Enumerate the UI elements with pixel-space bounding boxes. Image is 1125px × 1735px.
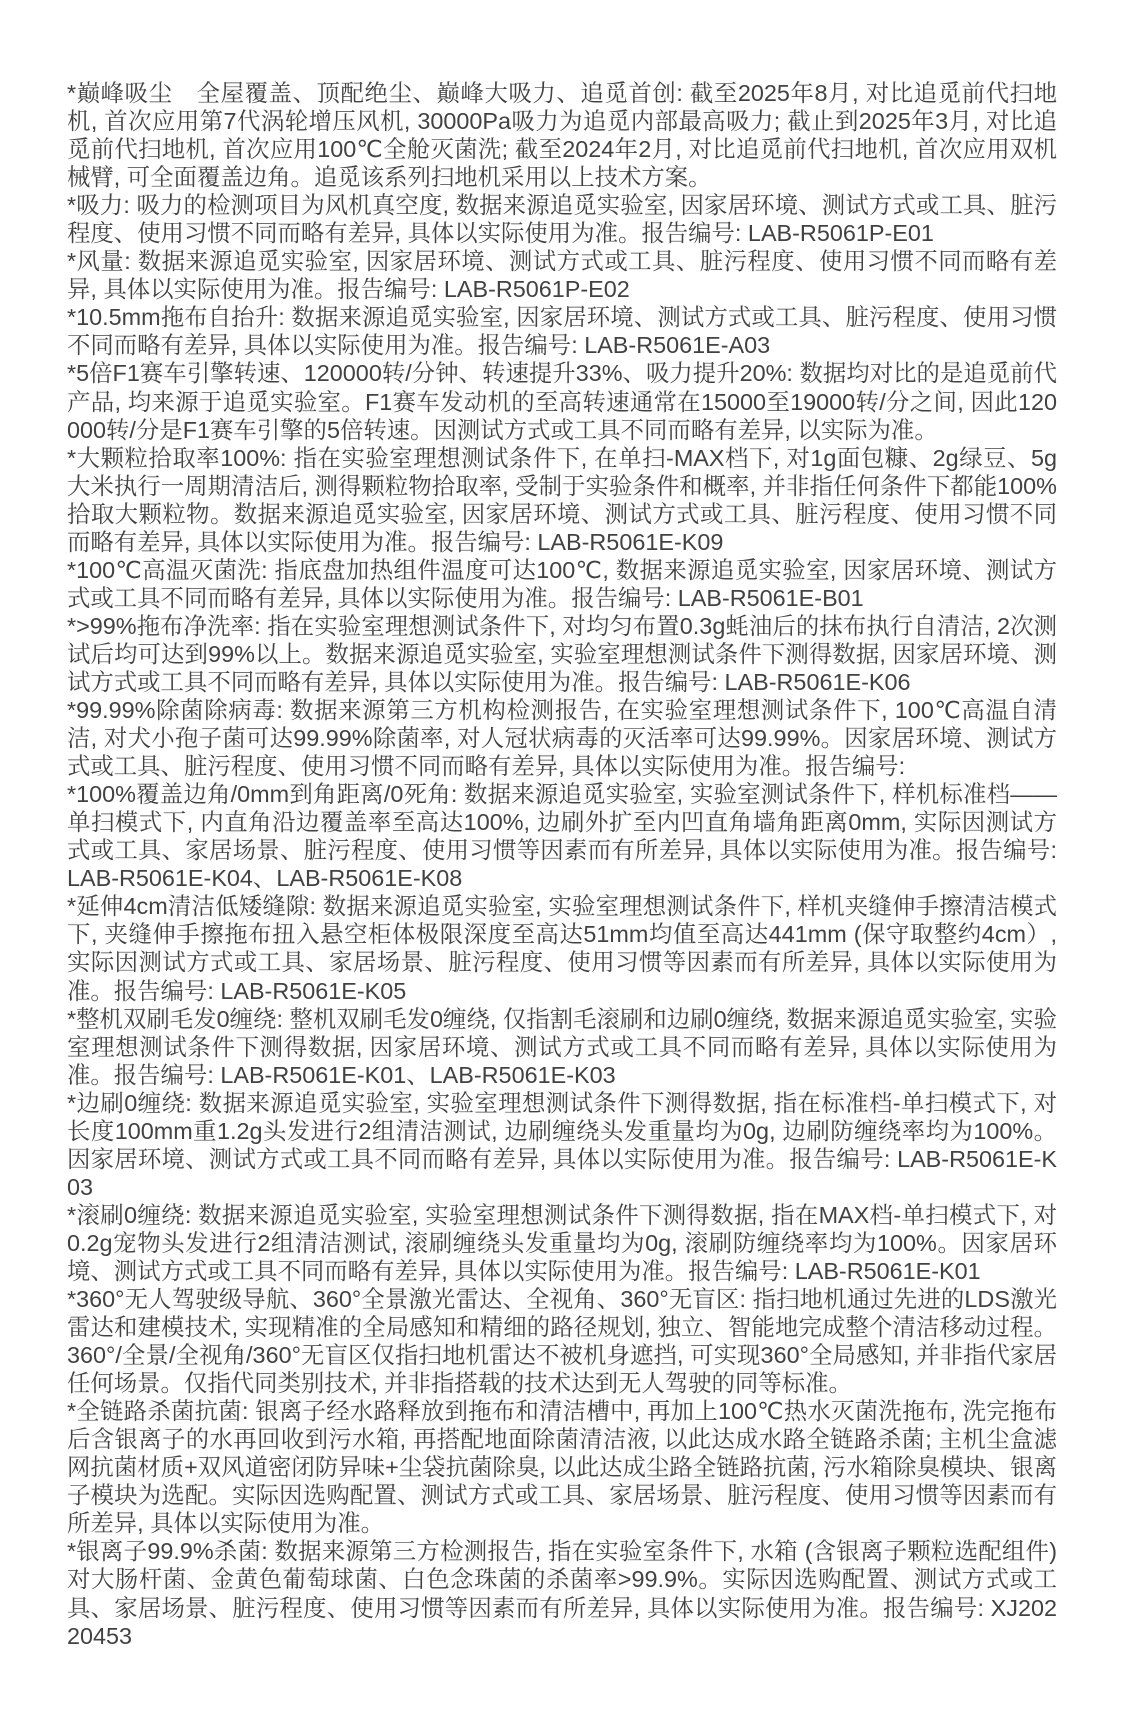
disclaimer-paragraph: *滚刷0缠绕: 数据来源追觅实验室, 实验室理想测试条件下测得数据, 指在MAX…: [67, 1201, 1057, 1285]
disclaimer-list: *巅峰吸尘 全屋覆盖、顶配绝尘、巅峰大吸力、追觅首创: 截至2025年8月, 对…: [67, 79, 1057, 1650]
disclaimer-paragraph: *100℃高温灭菌洗: 指底盘加热组件温度可达100℃, 数据来源追觅实验室, …: [67, 556, 1057, 612]
disclaimer-paragraph: *延伸4cm清洁低矮缝隙: 数据来源追觅实验室, 实验室理想测试条件下, 样机夹…: [67, 892, 1057, 1004]
disclaimer-paragraph: *全链路杀菌抗菌: 银离子经水路释放到拖布和清洁槽中, 再加上100℃热水灭菌洗…: [67, 1397, 1057, 1537]
disclaimer-paragraph: *边刷0缠绕: 数据来源追觅实验室, 实验室理想测试条件下测得数据, 指在标准档…: [67, 1089, 1057, 1201]
disclaimer-paragraph: *5倍F1赛车引擎转速、120000转/分钟、转速提升33%、吸力提升20%: …: [67, 359, 1057, 443]
disclaimer-paragraph: *大颗粒拾取率100%: 指在实验室理想测试条件下, 在单扫-MAX档下, 对1…: [67, 444, 1057, 556]
disclaimer-paragraph: *吸力: 吸力的检测项目为风机真空度, 数据来源追觅实验室, 因家居环境、测试方…: [67, 191, 1057, 247]
disclaimer-paragraph: *10.5mm拖布自抬升: 数据来源追觅实验室, 因家居环境、测试方式或工具、脏…: [67, 303, 1057, 359]
disclaimer-paragraph: *360°无人驾驶级导航、360°全景激光雷达、全视角、360°无盲区: 指扫地…: [67, 1285, 1057, 1397]
disclaimer-paragraph: *整机双刷毛发0缠绕: 整机双刷毛发0缠绕, 仅指割毛滚刷和边刷0缠绕, 数据来…: [67, 1005, 1057, 1089]
disclaimer-paragraph: *风量: 数据来源追觅实验室, 因家居环境、测试方式或工具、脏污程度、使用习惯不…: [67, 247, 1057, 303]
disclaimer-paragraph: *99.99%除菌除病毒: 数据来源第三方机构检测报告, 在实验室理想测试条件下…: [67, 696, 1057, 780]
disclaimer-paragraph: *巅峰吸尘 全屋覆盖、顶配绝尘、巅峰大吸力、追觅首创: 截至2025年8月, 对…: [67, 79, 1057, 191]
product-disclaimer-page: *巅峰吸尘 全屋覆盖、顶配绝尘、巅峰大吸力、追觅首创: 截至2025年8月, 对…: [0, 0, 1125, 1735]
disclaimer-paragraph: *>99%拖布净洗率: 指在实验室理想测试条件下, 对均匀布置0.3g蚝油后的抹…: [67, 612, 1057, 696]
disclaimer-paragraph: *银离子99.9%杀菌: 数据来源第三方检测报告, 指在实验室条件下, 水箱 (…: [67, 1537, 1057, 1649]
disclaimer-paragraph: *100%覆盖边角/0mm到角距离/0死角: 数据来源追觅实验室, 实验室测试条…: [67, 780, 1057, 892]
